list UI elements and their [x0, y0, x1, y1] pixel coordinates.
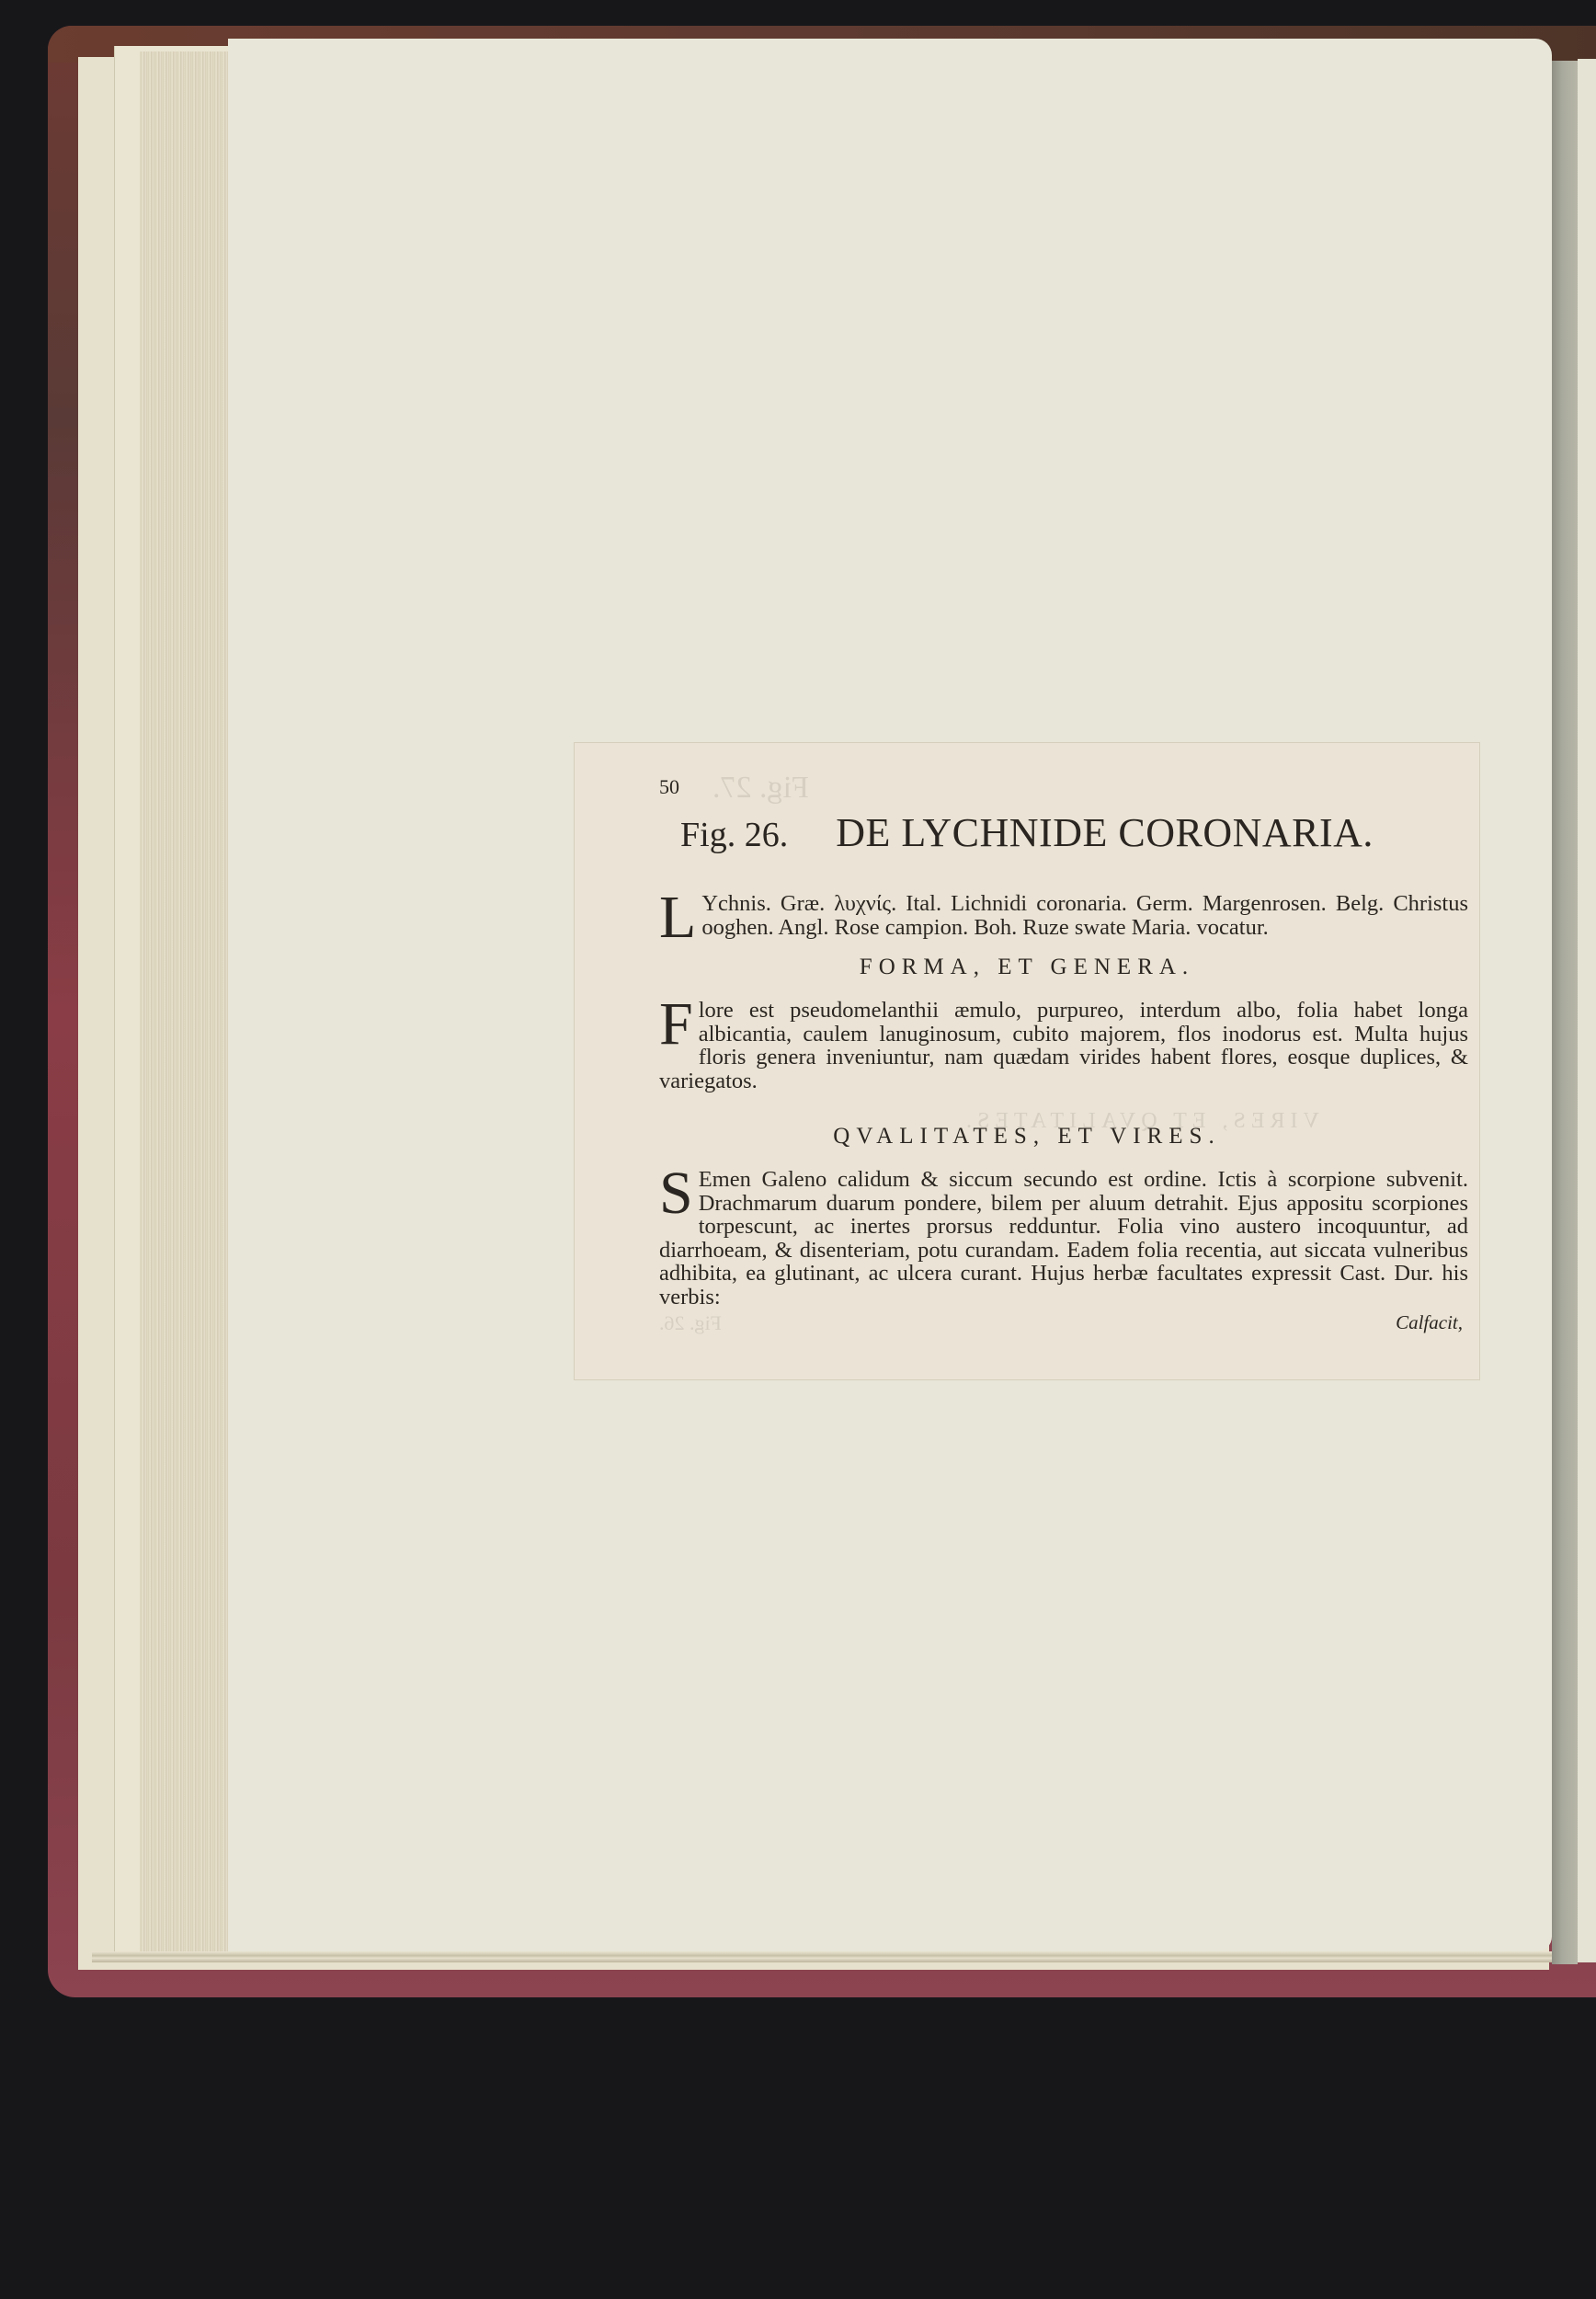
show-through-text: Fig. 27.	[712, 771, 809, 806]
page-stack-edges	[140, 51, 229, 1960]
catchword: Calfacit,	[1396, 1311, 1463, 1334]
chapter-heading: Fig. 26. DE LYCHNIDE CORONARIA.	[575, 809, 1479, 856]
show-through-text: Fig. 26.	[659, 1311, 722, 1335]
page-stack-bottom	[92, 1951, 1596, 1962]
drop-cap: L	[659, 894, 696, 942]
qualitates-text: Emen Galeno calidum & siccum secundo est…	[659, 1167, 1468, 1310]
page-number: 50	[659, 775, 679, 799]
qualitates-paragraph: S Emen Galeno calidum & siccum secundo e…	[659, 1168, 1468, 1309]
forma-paragraph: F lore est pseudomelanthii æmulo, purpur…	[659, 999, 1468, 1092]
chapter-title: DE LYCHNIDE CORONARIA.	[836, 810, 1374, 855]
pasted-text-slip: Fig. 27. VIRES, ET QVALITATES. Fig. 26. …	[575, 743, 1479, 1379]
section-heading-forma: FORMA, ET GENERA.	[575, 955, 1479, 980]
facing-page-edge	[1578, 59, 1596, 1962]
gutter-shadow	[1552, 61, 1578, 1964]
forma-text: lore est pseudomelanthii æmulo, purpureo…	[659, 998, 1468, 1093]
intro-paragraph: L Ychnis. Græ. λυχνίς. Ital. Lichnidi co…	[659, 892, 1468, 942]
section-heading-qualitates: QVALITATES, ET VIRES.	[575, 1124, 1479, 1149]
intro-text: Ychnis. Græ. λυχνίς. Ital. Lichnidi coro…	[701, 891, 1468, 940]
figure-label: Fig. 26.	[680, 816, 788, 854]
drop-cap: F	[659, 1001, 693, 1048]
drop-cap: S	[659, 1170, 693, 1218]
